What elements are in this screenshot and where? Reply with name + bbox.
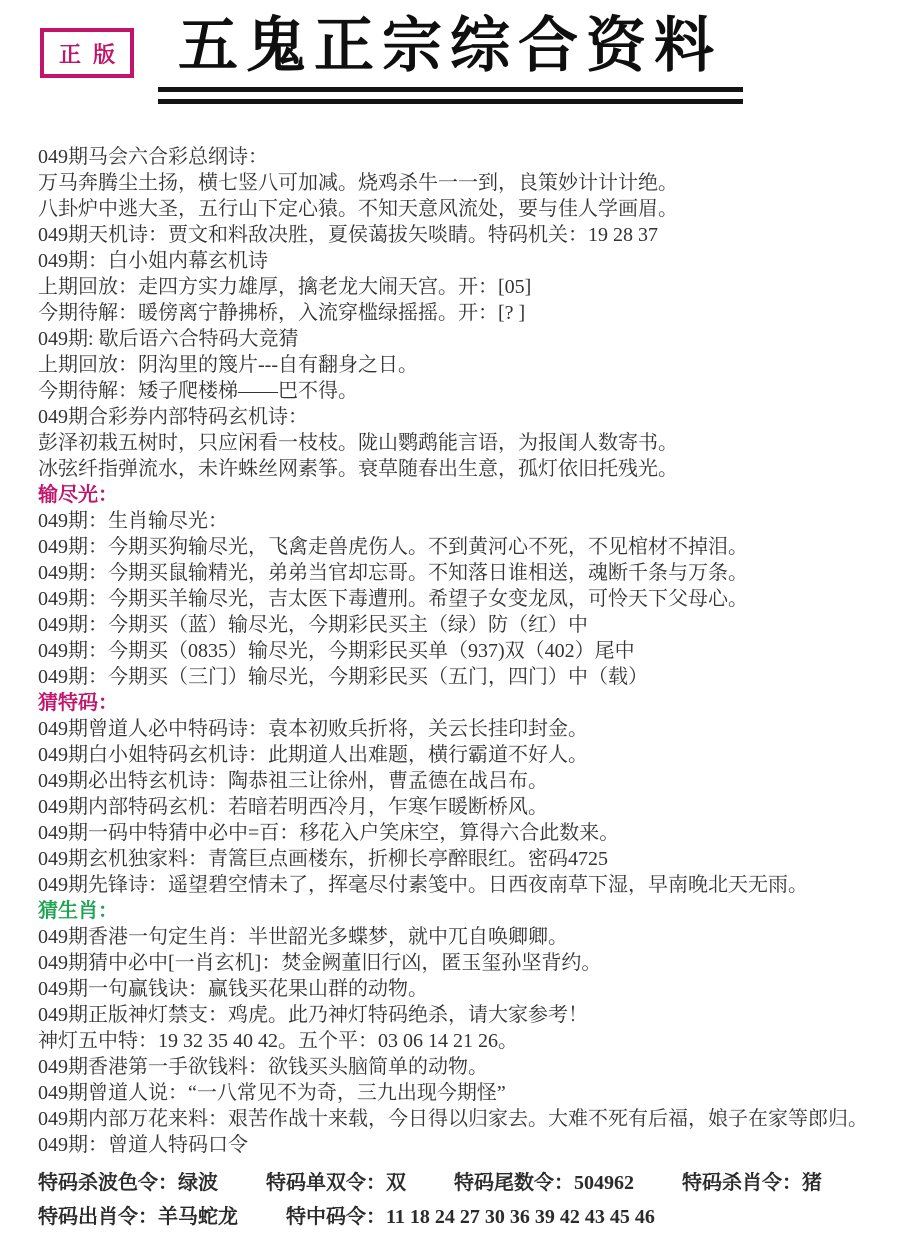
text-line: 049期内部特码玄机：若暗若明西冷月，乍寒乍暖断桥风。 (38, 794, 884, 820)
header: 正版 五鬼正宗综合资料 (0, 0, 900, 138)
text-line: 049期内部万花来料：艰苦作战十来载，今日得以归家去。大难不死有后福，娘子在家等… (38, 1106, 884, 1132)
footer-item: 特中码令：11 18 24 27 30 36 39 42 43 45 46 (286, 1204, 655, 1230)
text-line: 049期：今期买鼠输精光，弟弟当官却忘哥。不知落日谁相送，魂断千条与万条。 (38, 560, 884, 586)
text-line: 今期待解：暖傍离宁静拂桥，入流穿槛绿摇摇。开：[? ] (38, 300, 884, 326)
text-line: 049期必出特玄机诗：陶恭祖三让徐州，曹孟德在战吕布。 (38, 768, 884, 794)
section-header: 猜生肖： (38, 898, 884, 924)
text-line: 049期香港第一手欲钱料：欲钱买头脑简单的动物。 (38, 1054, 884, 1080)
footer-row: 特码杀波色令：绿波特码单双令：双特码尾数令：504962特码杀肖令：猪 (38, 1170, 884, 1196)
text-line: 049期一码中特猜中必中=百：移花入户笑床空，算得六合此数来。 (38, 820, 884, 846)
text-line: 冰弦纤指弹流水，未许蛛丝网素筝。衰草随春出生意，孤灯依旧托残光。 (38, 456, 884, 482)
text-line: 049期白小姐特码玄机诗：此期道人出难题，横行霸道不好人。 (38, 742, 884, 768)
text-line: 上期回放：阴沟里的篾片---自有翻身之日。 (38, 352, 884, 378)
content-lines: 049期马会六合彩总纲诗：万马奔腾尘土扬，横七竖八可加减。烧鸡杀牛一一到，良策妙… (0, 138, 900, 1158)
footer-row: 特码出肖令：羊马蛇龙特中码令：11 18 24 27 30 36 39 42 4… (38, 1204, 884, 1230)
footer-item: 特码杀波色令：绿波 (38, 1170, 218, 1196)
footer-item: 特码单双令：双 (266, 1170, 406, 1196)
section-header: 输尽光： (38, 482, 884, 508)
text-line: 049期合彩券内部特码玄机诗： (38, 404, 884, 430)
section-header: 猜特码： (38, 690, 884, 716)
text-line: 049期猜中必中[一肖玄机]：焚金阙董旧行凶，匿玉玺孙坚背约。 (38, 950, 884, 976)
text-line: 八卦炉中逃大圣，五行山下定心猿。不知天意风流处，要与佳人学画眉。 (38, 196, 884, 222)
text-line: 049期一句赢钱诀：赢钱买花果山群的动物。 (38, 976, 884, 1002)
footer-item: 特码出肖令：羊马蛇龙 (38, 1204, 238, 1230)
text-line: 049期曾道人说：“一八常见不为奇，三九出现今期怪” (38, 1080, 884, 1106)
footer-commands: 特码杀波色令：绿波特码单双令：双特码尾数令：504962特码杀肖令：猪特码出肖令… (0, 1158, 900, 1230)
text-line: 彭泽初栽五树时，只应闲看一枝枝。陇山鹦鹉能言语，为报闺人数寄书。 (38, 430, 884, 456)
text-line: 049期先锋诗：遥望碧空情未了，挥毫尽付素笺中。日西夜南草下湿，早南晚北天无雨。 (38, 872, 884, 898)
text-line: 神灯五中特：19 32 35 40 42。五个平：03 06 14 21 26。 (38, 1028, 884, 1054)
text-line: 049期：今期买（三门）输尽光，今期彩民买（五门，四门）中（载） (38, 664, 884, 690)
genuine-badge: 正版 (40, 28, 134, 78)
text-line: 今期待解：矮子爬楼梯——巴不得。 (38, 378, 884, 404)
text-line: 049期马会六合彩总纲诗： (38, 144, 884, 170)
title-underline (158, 87, 743, 104)
footer-item: 特码尾数令：504962 (454, 1170, 634, 1196)
text-line: 万马奔腾尘土扬，横七竖八可加减。烧鸡杀牛一一到，良策妙计计计绝。 (38, 170, 884, 196)
text-line: 上期回放：走四方实力雄厚，擒老龙大闹天宫。开：[05] (38, 274, 884, 300)
text-line: 049期正版神灯禁支：鸡虎。此乃神灯特码绝杀，请大家参考！ (38, 1002, 884, 1028)
text-line: 049期玄机独家料：青篙巨点画楼东，折柳长亭醉眼红。密码4725 (38, 846, 884, 872)
text-line: 049期：今期买狗输尽光，飞禽走兽虎伤人。不到黄河心不死，不见棺材不掉泪。 (38, 534, 884, 560)
text-line: 049期曾道人必中特码诗：袁本初败兵折将，关云长挂印封金。 (38, 716, 884, 742)
text-line: 049期: 歇后语六合特码大竞猜 (38, 326, 884, 352)
footer-item: 特码杀肖令：猪 (682, 1170, 822, 1196)
page-title: 五鬼正宗综合资料 (178, 12, 722, 81)
title-block: 五鬼正宗综合资料 (0, 0, 900, 104)
text-line: 049期天机诗：贾文和料敌决胜，夏侯蔼拔矢啖睛。特码机关：19 28 37 (38, 222, 884, 248)
text-line: 049期：今期买羊输尽光，吉太医下毒遭刑。希望子女变龙凤，可怜天下父母心。 (38, 586, 884, 612)
text-line: 049期：今期买（0835）输尽光，今期彩民买单（937)双（402）尾中 (38, 638, 884, 664)
lottery-info-sheet: 正版 五鬼正宗综合资料 049期马会六合彩总纲诗：万马奔腾尘土扬，横七竖八可加减… (0, 0, 900, 1239)
text-line: 049期：白小姐内幕玄机诗 (38, 248, 884, 274)
text-line: 049期：曾道人特码口令 (38, 1132, 884, 1158)
text-line: 049期：生肖输尽光： (38, 508, 884, 534)
text-line: 049期香港一句定生肖：半世韶光多蝶梦，就中兀自唤卿卿。 (38, 924, 884, 950)
text-line: 049期：今期买（蓝）输尽光，今期彩民买主（绿）防（红）中 (38, 612, 884, 638)
